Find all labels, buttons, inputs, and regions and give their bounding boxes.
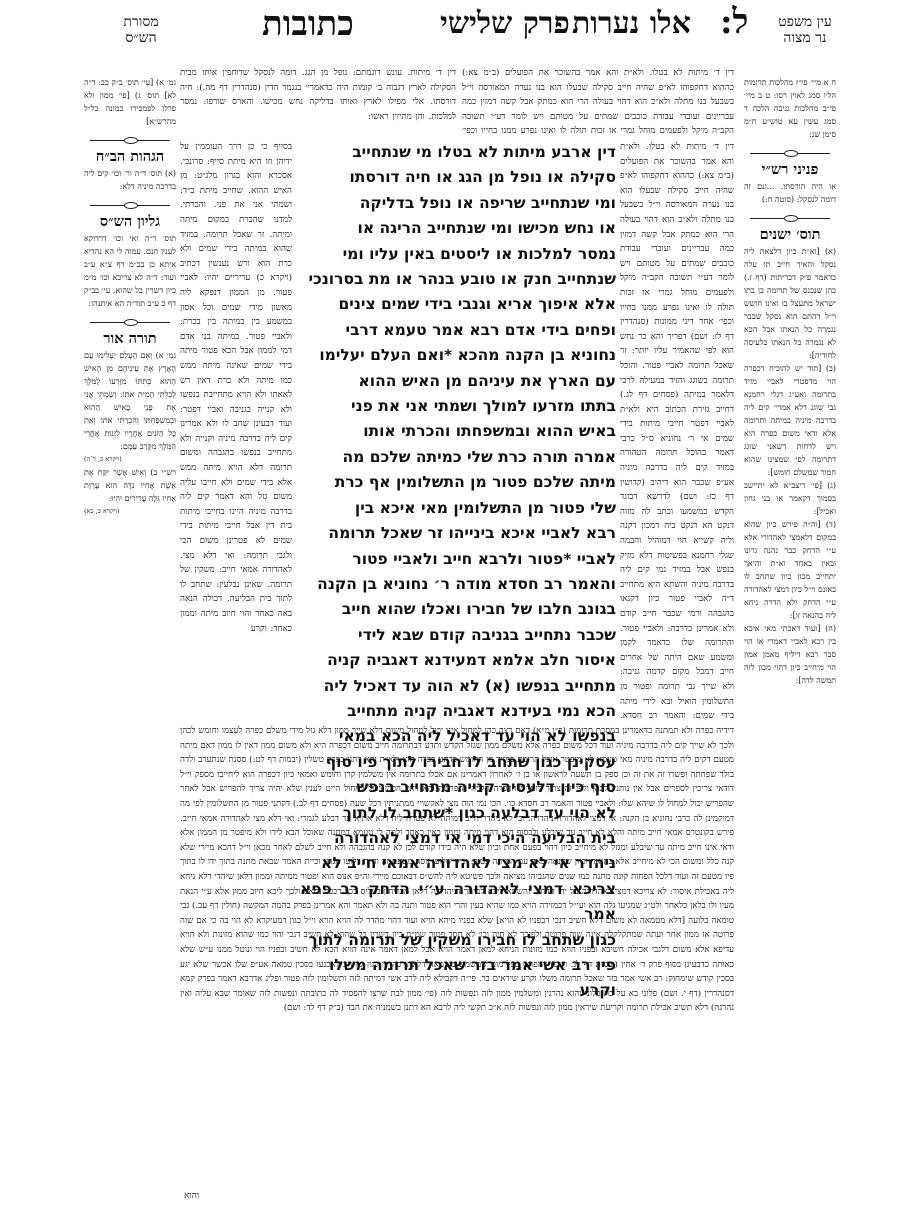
gemara-line: והאמר רב חסדא מודה ר׳ נחוניא בן הקנה	[300, 572, 616, 597]
gemara-line: ופחים בידי אדם רבא אמר טעמא דרבי	[300, 318, 616, 343]
masoret-hashas: גמ׳ א) [עי׳ תוס׳ ב״ק כב: ד״ה לא] תוס׳ ג)…	[84, 76, 176, 128]
gemara-line: אמרה תורה כרת שלי כמיתה שלכם מה	[300, 445, 616, 470]
verse-ref: (ויקרא כ, ד־ה)	[84, 453, 176, 466]
gemara-line: מיתה שלכם פטור מן התשלומין אף כרת	[300, 470, 616, 495]
gemara-line: עם הארץ את עיניהם מן האיש ההוא	[300, 369, 616, 394]
tosafot-yeshanim-item: (א) [וא״ת כיון דלצאת ליה נסקל והאיך חייב…	[744, 245, 836, 362]
gemara-line: נחוניא בן הקנה מהכא *ואם העלם יעלימו	[300, 343, 616, 368]
ornament-divider	[750, 149, 830, 157]
gilyon-hashas: תוס׳ ד״ה ואי וכו׳ דרדוקא לענין חנם. עמוה…	[84, 232, 176, 310]
gemara-line: מתחייב בנפשו (א) לא הוה עד דאכיל ליה	[300, 674, 616, 699]
gemara-line: שלי פטור מן התשלומין מאי איכא בין	[300, 496, 616, 521]
gemara-line: ומי שנתחייב שריפה או נופל בדליקה	[300, 191, 616, 216]
tosafot-top: דין ד׳ מיתות לא בטלו. ולא״ת והא אמר בהשו…	[462, 66, 734, 140]
pnei-rashi: או היה הורסתו. ...ונם זה דומה לנסקל: (סו…	[744, 180, 836, 206]
tosafot-yeshanim-item: (ב) [תוד יש להוכיח דכפרה הוי מדפטרי לאבי…	[744, 362, 836, 479]
left-margin: גמ׳ א) [עי׳ תוס׳ ב״ק כב: ד״ה לא] תוס׳ ג)…	[84, 76, 176, 518]
gemara-line: שכבר נתחייב בגניבה קודם שבא לידי	[300, 623, 616, 648]
gemara-line: שנתחייב חנק או טובע בנהר או מת בסרונכי	[300, 267, 616, 292]
torah-or: גמ׳ א) וְאִם הַעְלֵם יַעְלִימוּ עַם הָאָ…	[84, 349, 176, 453]
gemara-line: או נחש מכישו ומי שנתחייב הריגה או	[300, 216, 616, 241]
pnei-rashi-title: פניני רש״י	[744, 163, 836, 176]
torah-or-title: תורה אור	[84, 332, 176, 345]
tosafot-bottom: דידיה כפרה ולא תמתנה כדאמרינן במסכת תרומ…	[180, 724, 734, 1188]
ornament-divider	[750, 214, 830, 222]
tosafot-yeshanim-item: (ה) [ועוד דאכתי מאי איכא בין רבא לאביי ד…	[744, 622, 836, 687]
ornament-divider	[90, 136, 170, 144]
tosafot-yeshanim-item: (ד) [וה״ה פירש כיון שהוא במקום דלאמצי לא…	[744, 518, 836, 622]
right-margin: ח א מיי׳ פי״ז מהלכות תרומות הל׳ו סמג לאו…	[744, 76, 836, 687]
ornament-divider	[90, 201, 170, 209]
hagahot-habach: (א) תוס׳ ד״ה ור׳ וכו׳ קים ליה בדרבה מיני…	[84, 167, 176, 193]
daf-number: ל:	[720, 2, 748, 42]
gemara-line: בתתו מזרעו למולך ושמתי אני את פני	[300, 394, 616, 419]
tractate-title: כתובות	[262, 4, 354, 44]
gemara-line: דין ארבע מיתות לא בטלו מי שנתחייב	[300, 140, 616, 165]
masoret-title: מסורת הש״ס	[106, 14, 176, 46]
catchword: והוא	[184, 1190, 199, 1201]
gemara-line: אלא איפוך אריא וגנבי בידי שמים צינים	[300, 292, 616, 317]
gemara-line: רבא לאביי איכא בינייהו זר שאכל תרומה	[300, 521, 616, 546]
ein-mishpat-title: עין משפט נר מצוה	[760, 14, 850, 46]
gemara-line: סקילה או נופל מן הגג או חיה דורסתו	[300, 165, 616, 190]
rashi-top: דין ד׳ מיתות. עונש דוגמתם: נופל מן הגג. …	[180, 66, 456, 140]
gilyon-title: גליון הש״ס	[84, 215, 176, 228]
hagahot-title: הגהות הב״ח	[84, 150, 176, 163]
ornament-divider	[90, 318, 170, 326]
verse-ref: (ויקרא כ, כא)	[84, 505, 176, 518]
tosafot-yeshanim-item: (ג) [פי׳ ריצב״א לא יתיישב בסמוך דקאמר או…	[744, 479, 836, 518]
ein-mishpat: ח א מיי׳ פי״ז מהלכות תרומות הל׳ו סמג לאו…	[744, 76, 836, 141]
gemara-line: בגונב חלבו של חבירו ואכלו שהוא חייב	[300, 597, 616, 622]
gemara-line: נמסר למלכות או ליסטים באין עליו ומי	[300, 242, 616, 267]
gemara-line: לאביי *פטור ולרבא חייב ולאביי פטור	[300, 547, 616, 572]
tosafot-column: דין ד׳ מיתות לא בטלו. ולא״ת והא אמר בהשו…	[620, 140, 734, 720]
rashi-column: בסייף כי כן דרך העוממין על ידיהן וזו היא…	[180, 140, 292, 720]
chapter-number: פרק שלישי	[440, 6, 570, 41]
gemara-line: באיש ההוא ובמשפחתו והכרתי אותו	[300, 419, 616, 444]
torah-or-verse-2: רש״י ב) וְאִישׁ אֲשֶׁר יִקַּח אֶת אֵשֶׁת…	[84, 466, 176, 505]
gemara-line: איסור חלב אלמא דמעידנא דאגביה קניה	[300, 648, 616, 673]
gemara-line: הכא נמי בעידנא דאגביה קניה מתחייב	[300, 699, 616, 724]
tosafot-yeshanim-title: תוס׳ ישנים	[744, 228, 836, 241]
chapter-name: אלו נערות	[572, 6, 691, 41]
